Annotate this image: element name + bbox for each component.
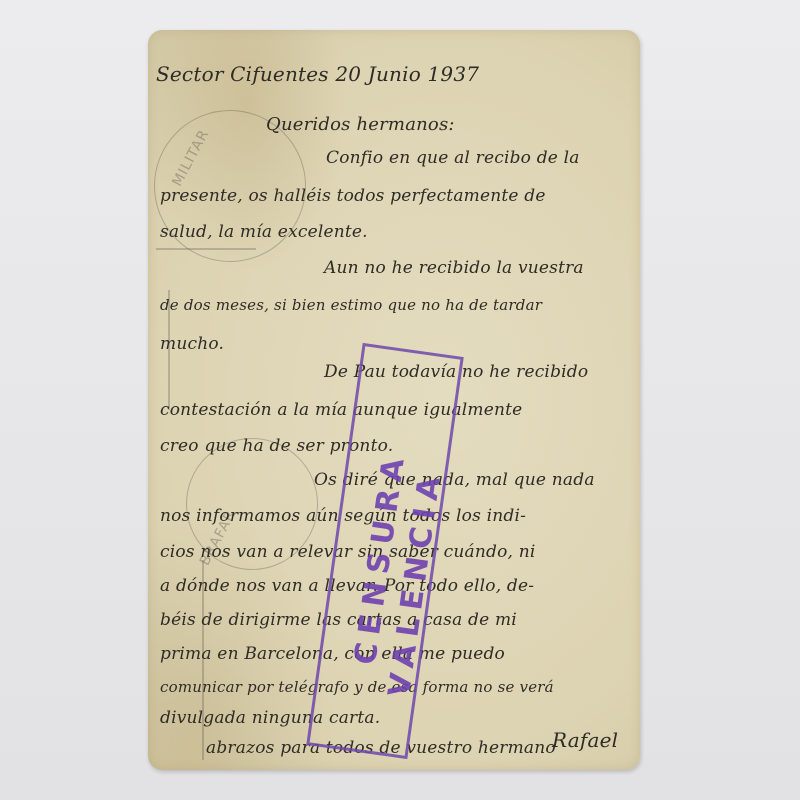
letter-header: Sector Cifuentes 20 Junio 1937 (156, 62, 479, 86)
letter-line: presente, os halléis todos perfectamente… (160, 186, 546, 206)
postcard: MILITAR BRAFAR Sector Cifuentes 20 Junio… (148, 30, 640, 770)
postmark-frame-top (156, 248, 256, 250)
letter-line: Confio en que al recibo de la (326, 148, 580, 168)
letter-salutation: Queridos hermanos: (266, 114, 455, 135)
letter-line: contestación a la mía aunque igualmente (160, 400, 522, 420)
letter-line: mucho. (160, 334, 224, 354)
letter-line: de dos meses, si bien estimo que no ha d… (160, 296, 542, 314)
letter-signature: Rafael (552, 728, 618, 752)
letter-line: salud, la mía excelente. (160, 222, 368, 242)
letter-line: Aun no he recibido la vuestra (324, 258, 584, 278)
